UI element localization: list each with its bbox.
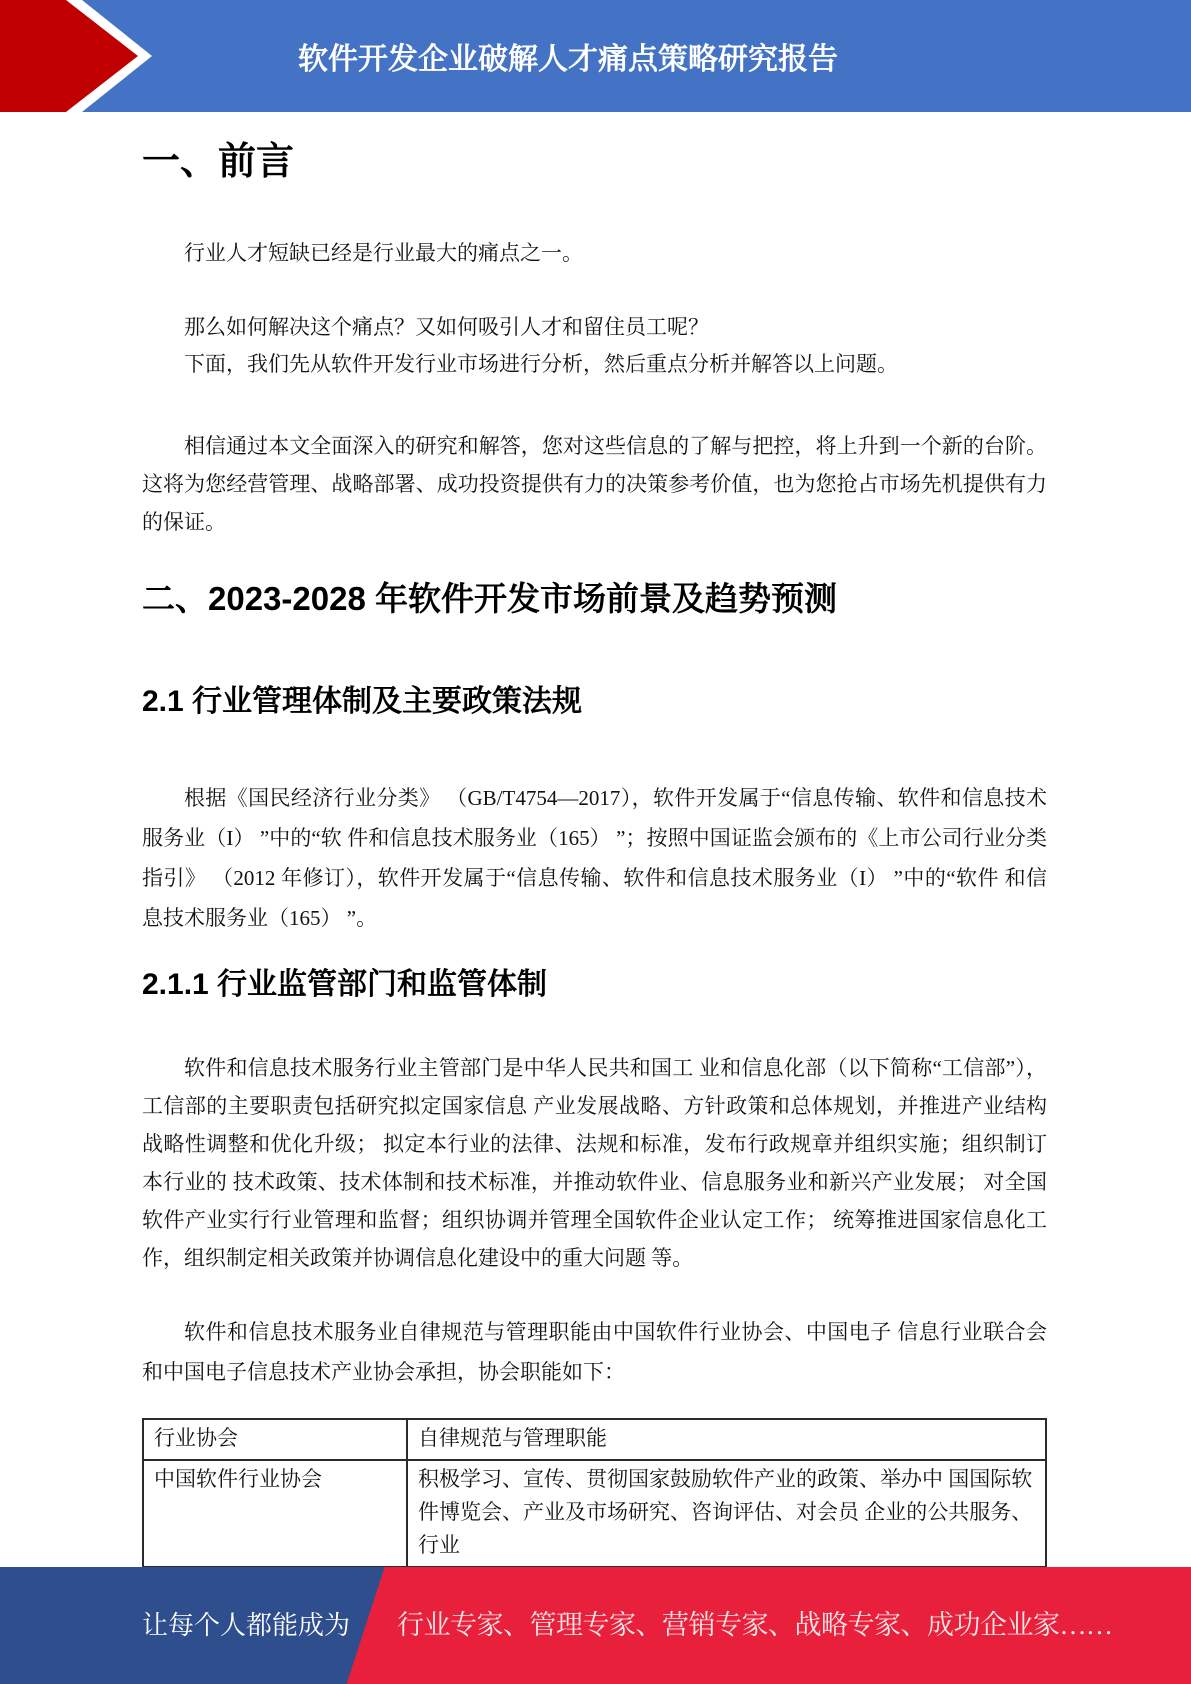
report-title: 软件开发企业破解人才痛点策略研究报告 [298,34,838,78]
paragraph-approach: 下面，我们先从软件开发行业市场进行分析，然后重点分析并解答以上问题。 [142,346,1047,383]
table-row: 中国软件行业协会 积极学习、宣传、贯彻国家鼓励软件产业的政策、举办中 国国际软件… [143,1460,1046,1567]
header-bar: 软件开发企业破解人才痛点策略研究报告 [0,0,1191,112]
table-cell-association: 中国软件行业协会 [143,1460,407,1567]
red-chevron-icon [0,0,230,112]
paragraph-miit-duties: 软件和信息技术服务行业主管部门是中华人民共和国工 业和信息化部（以下简称“工信部… [142,1049,1047,1277]
footer-slogan-right: 行业专家、管理专家、营销专家、战略专家、成功企业家…… [397,1609,1113,1642]
heading-regulation: 2.1 行业管理体制及主要政策法规 [142,682,1047,722]
heading-market-forecast: 二、2023-2028 年软件开发市场前景及趋势预测 [142,578,1047,620]
association-table: 行业协会 自律规范与管理职能 中国软件行业协会 积极学习、宣传、贯彻国家鼓励软件… [142,1418,1047,1568]
table-header-association: 行业协会 [143,1419,407,1460]
footer-slogan-left: 让每个人都能成为 [142,1612,350,1640]
heading-supervision: 2.1.1 行业监管部门和监管体制 [142,965,1047,1005]
paragraph-classification: 根据《国民经济行业分类》 （GB/T4754—2017），软件开发属于“信息传输… [142,778,1047,938]
paragraph-pain-point: 行业人才短缺已经是行业最大的痛点之一。 [142,234,1047,272]
paragraph-value: 相信通过本文全面深入的研究和解答，您对这些信息的了解与把控，将上升到一个新的台阶… [142,427,1047,541]
document-page: 软件开发企业破解人才痛点策略研究报告 一、前言 行业人才短缺已经是行业最大的痛点… [0,0,1191,1684]
table-header-row: 行业协会 自律规范与管理职能 [143,1419,1046,1460]
paragraph-associations: 软件和信息技术服务业自律规范与管理职能由中国软件行业协会、中国电子 信息行业联合… [142,1312,1047,1392]
document-body: 一、前言 行业人才短缺已经是行业最大的痛点之一。 那么如何解决这个痛点？又如何吸… [0,112,1191,1604]
table-cell-function: 积极学习、宣传、贯彻国家鼓励软件产业的政策、举办中 国国际软件博览会、产业及市场… [407,1460,1046,1567]
heading-preface: 一、前言 [142,139,1047,185]
paragraph-question: 那么如何解决这个痛点？又如何吸引人才和留住员工呢？ [142,309,1047,346]
footer-banner: 让每个人都能成为 行业专家、管理专家、营销专家、战略专家、成功企业家…… [0,1567,1191,1684]
table-header-function: 自律规范与管理职能 [407,1419,1046,1460]
